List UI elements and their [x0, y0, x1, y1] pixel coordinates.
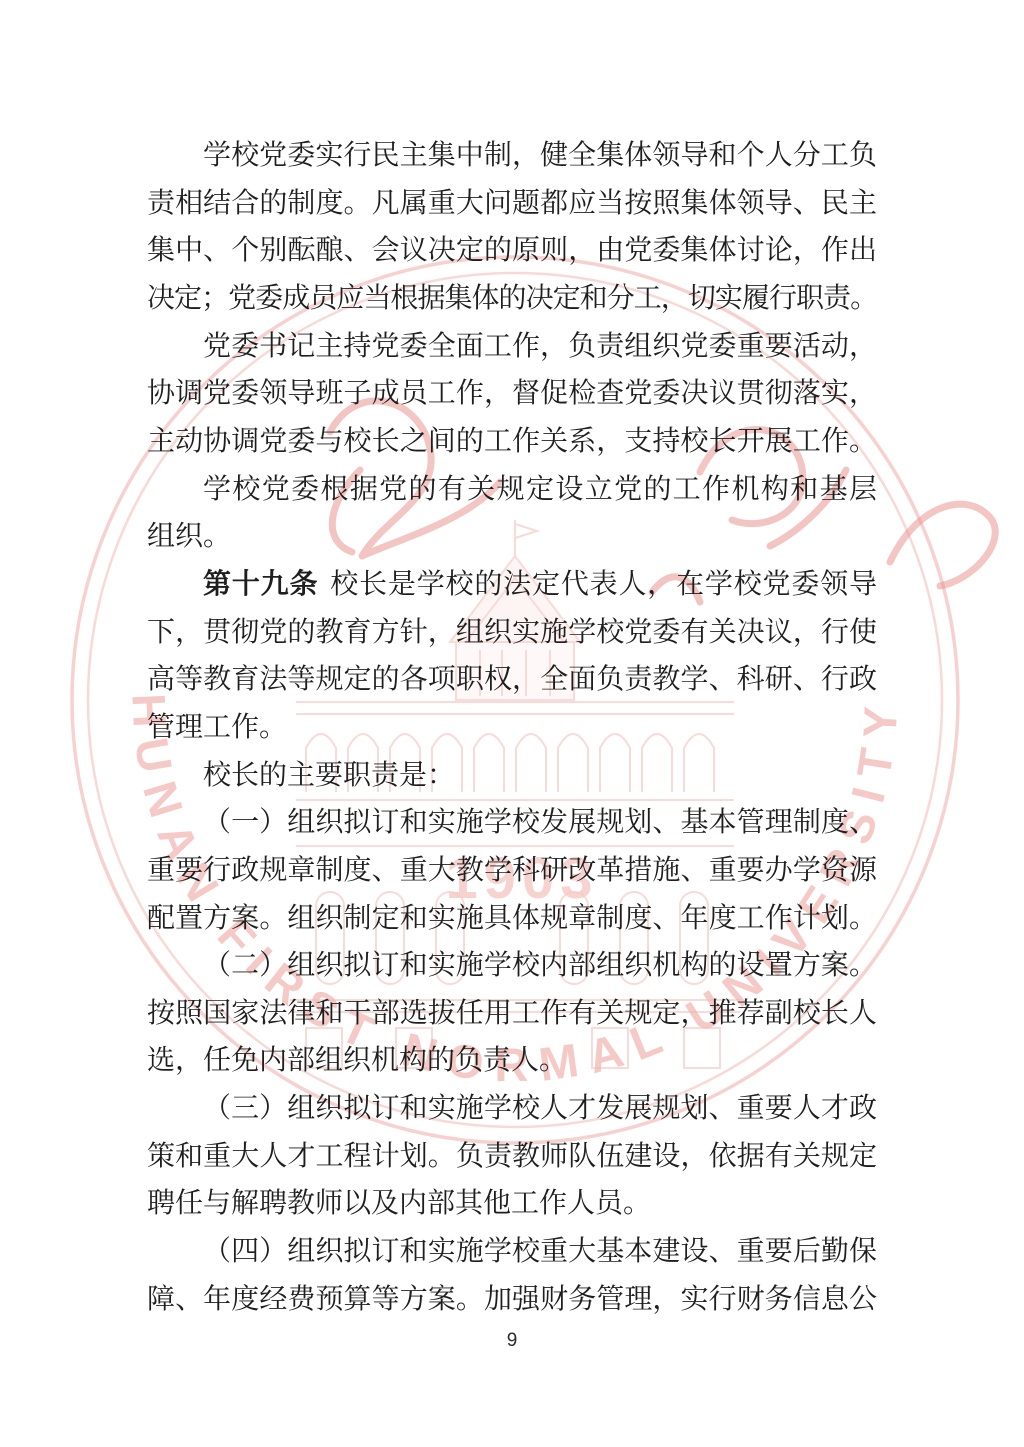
article-number: 第十九条 [203, 569, 318, 600]
text-line: 第十九条校长是学校的法定代表人，在学校党委领导 [147, 561, 877, 609]
text-line: 学校党委实行民主集中制，健全集体领导和个人分工负 [147, 132, 877, 180]
paragraph-2: 党委书记主持党委全面工作，负责组织党委重要活动， 协调党委领导班子成员工作，督促… [147, 323, 877, 466]
paragraph-5: 校长的主要职责是： [147, 752, 877, 800]
paragraph-6-item-1: （一）组织拟订和实施学校发展规划、基本管理制度、 重要行政规章制度、重大教学科研… [147, 799, 877, 942]
document-page: HUNAN FIRST NORMAL UNIVERSITY [0, 0, 1024, 1447]
text-line: 协调党委领导班子成员工作，督促检查党委决议贯彻落实， [147, 370, 877, 418]
text-line: 障、年度经费预算等方案。加强财务管理，实行财务信息公 [147, 1276, 877, 1324]
paragraph-4-article-19: 第十九条校长是学校的法定代表人，在学校党委领导 下，贯彻党的教育方针，组织实施学… [147, 561, 877, 752]
text-line: 决定；党委成员应当根据集体的决定和分工，切实履行职责。 [147, 275, 877, 323]
paragraph-7-item-2: （二）组织拟订和实施学校内部组织机构的设置方案。 按照国家法律和干部选拔任用工作… [147, 942, 877, 1085]
text-line: 重要行政规章制度、重大教学科研改革措施、重要办学资源 [147, 847, 877, 895]
text-line: 校长的主要职责是： [147, 752, 877, 800]
text-line: 选，任免内部组织机构的负责人。 [147, 1037, 877, 1085]
text-line: （四）组织拟订和实施学校重大基本建设、重要后勤保 [147, 1228, 877, 1276]
text-line: 下，贯彻党的教育方针，组织实施学校党委有关决议，行使 [147, 609, 877, 657]
text-line: 管理工作。 [147, 704, 877, 752]
text-line: 集中、个别酝酿、会议决定的原则，由党委集体讨论，作出 [147, 227, 877, 275]
text-line: 配置方案。组织制定和实施具体规章制度、年度工作计划。 [147, 895, 877, 943]
text-line: 党委书记主持党委全面工作，负责组织党委重要活动， [147, 323, 877, 371]
text-line: （三）组织拟订和实施学校人才发展规划、重要人才政 [147, 1085, 877, 1133]
text-line: 学校党委根据党的有关规定设立党的工作机构和基层 [147, 466, 877, 514]
text-line: 高等教育法等规定的各项职权，全面负责教学、科研、行政 [147, 656, 877, 704]
paragraph-3: 学校党委根据党的有关规定设立党的工作机构和基层 组织。 [147, 466, 877, 561]
page-number: 9 [0, 1330, 1024, 1352]
text-line: 按照国家法律和干部选拔任用工作有关规定，推荐副校长人 [147, 990, 877, 1038]
text-line: （一）组织拟订和实施学校发展规划、基本管理制度、 [147, 799, 877, 847]
document-body: 学校党委实行民主集中制，健全集体领导和个人分工负 责相结合的制度。凡属重大问题都… [147, 132, 877, 1323]
article-text: 校长是学校的法定代表人，在学校党委领导 [330, 569, 877, 600]
text-line: 聘任与解聘教师以及内部其他工作人员。 [147, 1180, 877, 1228]
text-line: 策和重大人才工程计划。负责教师队伍建设，依据有关规定 [147, 1133, 877, 1181]
text-line: 组织。 [147, 513, 877, 561]
text-line: （二）组织拟订和实施学校内部组织机构的设置方案。 [147, 942, 877, 990]
text-line: 责相结合的制度。凡属重大问题都应当按照集体领导、民主 [147, 180, 877, 228]
paragraph-8-item-3: （三）组织拟订和实施学校人才发展规划、重要人才政 策和重大人才工程计划。负责教师… [147, 1085, 877, 1228]
paragraph-9-item-4: （四）组织拟订和实施学校重大基本建设、重要后勤保 障、年度经费预算等方案。加强财… [147, 1228, 877, 1323]
paragraph-1: 学校党委实行民主集中制，健全集体领导和个人分工负 责相结合的制度。凡属重大问题都… [147, 132, 877, 323]
text-line: 主动协调党委与校长之间的工作关系，支持校长开展工作。 [147, 418, 877, 466]
